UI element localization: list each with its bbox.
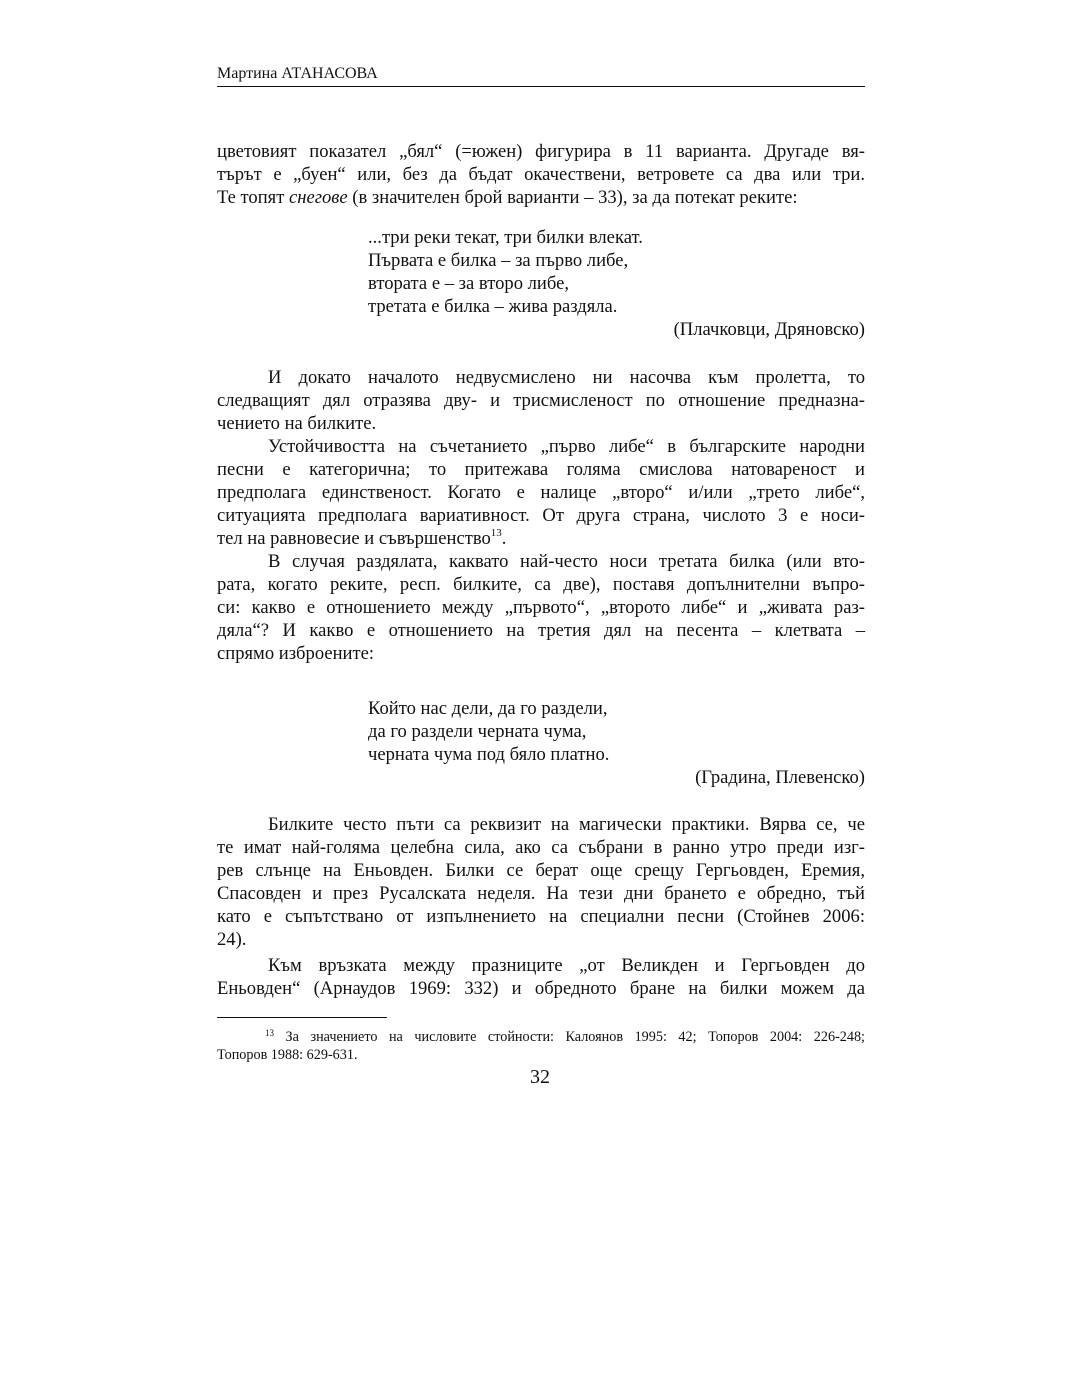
running-header-author: Мартина АТАНАСОВА xyxy=(217,64,865,84)
body-line: Билките често пъти са реквизит на магиче… xyxy=(268,813,865,836)
footnote-rule xyxy=(217,1017,387,1018)
body-line: рата, когато реките, респ. билките, са д… xyxy=(217,573,865,596)
body-line: тел на равновесие и съвършенство13. xyxy=(217,527,865,550)
body-line: дяла“? И какво е отношението на третия д… xyxy=(217,619,865,642)
body-line: И докато началото недвусмислено ни насоч… xyxy=(268,366,865,389)
body-line: търът е „буен“ или, без да бъдат окачест… xyxy=(217,163,865,186)
body-line: рев слънце на Еньовден. Билки се берат о… xyxy=(217,859,865,882)
page-number: 32 xyxy=(0,1065,1080,1089)
italic-term: снегове xyxy=(289,187,348,208)
verse-line: черната чума под бяло платно. xyxy=(368,743,609,766)
text-run: Те топят xyxy=(217,187,289,208)
footnote-number: 13 xyxy=(265,1028,274,1038)
body-line: В случая раздялата, каквато най-често но… xyxy=(268,550,865,573)
text-run: . xyxy=(502,528,507,549)
body-line: като е съпътствано от изпълнението на сп… xyxy=(217,905,865,928)
body-line: следващият дял отразява дву- и трисмисле… xyxy=(217,389,865,412)
body-line: Спасовден и през Русалската неделя. На т… xyxy=(217,882,865,905)
body-line: те имат най-голяма целебна сила, ако са … xyxy=(217,836,865,859)
body-line: спрямо изброените: xyxy=(217,642,865,665)
text-run: За значението на числовите стойности: Ка… xyxy=(274,1029,865,1045)
verse-source: (Плачковци, Дряновско) xyxy=(674,318,865,341)
footnote-line: Топоров 1988: 629-631. xyxy=(217,1046,865,1064)
verse-line: ...три реки текат, три билки влекат. xyxy=(368,226,643,249)
footnote-line: 13 За значението на числовите стойности:… xyxy=(265,1028,865,1046)
body-line: си: какво е отношението между „първото“,… xyxy=(217,596,865,619)
footnote-ref[interactable]: 13 xyxy=(491,527,502,539)
verse-source: (Градина, Плевенско) xyxy=(695,766,865,789)
verse-line: Който нас дели, да го раздели, xyxy=(368,697,608,720)
body-line: песни е категорична; то притежава голяма… xyxy=(217,458,865,481)
body-line: Устойчивостта на съчетанието „първо либе… xyxy=(268,435,865,458)
body-line: 24). xyxy=(217,928,865,951)
verse-line: да го раздели черната чума, xyxy=(368,720,586,743)
body-line: Те топят снегове (в значителен брой вари… xyxy=(217,186,865,209)
header-rule xyxy=(217,86,865,87)
document-page: Мартина АТАНАСОВА цветовият показател „б… xyxy=(0,0,1080,1397)
body-line: предполага единственост. Когато е налице… xyxy=(217,481,865,504)
verse-line: втората е – за второ либе, xyxy=(368,272,569,295)
body-line: цветовият показател „бял“ (=южен) фигури… xyxy=(217,140,865,163)
text-run: (в значителен брой варианти – 33), за да… xyxy=(348,187,798,208)
body-line: Към връзката между празниците „от Великд… xyxy=(268,954,865,977)
body-line: ситуацията предполага вариативност. От д… xyxy=(217,504,865,527)
body-line: чението на билките. xyxy=(217,412,865,435)
verse-line: Първата е билка – за първо либе, xyxy=(368,249,628,272)
text-run: тел на равновесие и съвършенство xyxy=(217,528,491,549)
body-line: Еньовден“ (Арнаудов 1969: 332) и обредно… xyxy=(217,977,865,1000)
verse-line: третата е билка – жива раздяла. xyxy=(368,295,617,318)
